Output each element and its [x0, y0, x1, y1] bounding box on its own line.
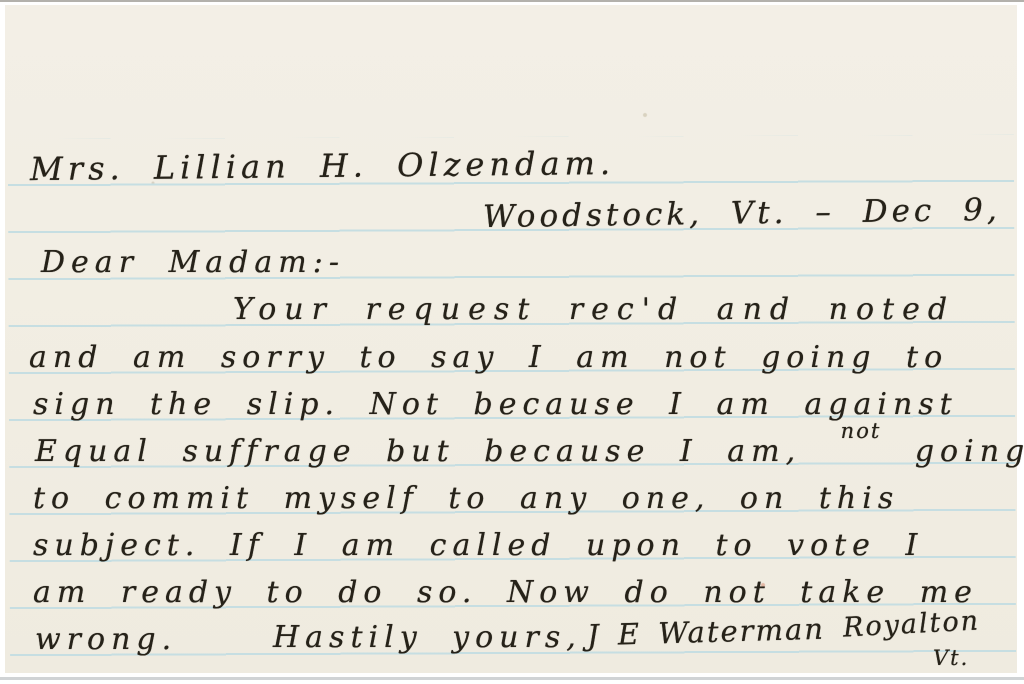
salutation: Dear Madam:-	[41, 245, 345, 280]
body-line-4-text: Equal suffrage but because I am,	[35, 434, 801, 469]
body-line-6: subject. If I am called upon to vote I	[33, 528, 923, 563]
scan-edge-bottom	[0, 677, 1024, 680]
body-line-3: sign the slip. Not because I am against	[33, 387, 958, 422]
scan-edge-top	[0, 0, 1024, 2]
body-line-4: Equal suffrage but because I am, not goi…	[35, 434, 1024, 469]
dateline: Woodstock, Vt. – Dec 9, 19	[483, 191, 1024, 235]
body-line-2: and am sorry to say I am not going to	[29, 340, 948, 375]
scanned-letter: Mrs. Lillian H. Olzendam. Woodstock, Vt.…	[0, 0, 1024, 684]
body-line-5: to commit myself to any one, on this	[33, 481, 899, 516]
body-line-4-continuation: going	[915, 434, 1024, 469]
recipient-line: Mrs. Lillian H. Olzendam.	[30, 144, 615, 188]
inserted-word-above-line: not	[841, 419, 882, 443]
signature-place: Royalton	[842, 605, 981, 643]
body-line-1: Your request rec'd and noted	[233, 292, 955, 327]
body-line-7: am ready to do so. Now do not take me	[33, 575, 978, 610]
letter-paper: Mrs. Lillian H. Olzendam. Woodstock, Vt.…	[5, 5, 1017, 673]
signature-state: Vt.	[933, 646, 969, 670]
body-line-8: wrong.	[35, 622, 177, 657]
closing: Hastily yours,	[273, 620, 582, 655]
signature-name: J E Waterman	[587, 612, 826, 653]
